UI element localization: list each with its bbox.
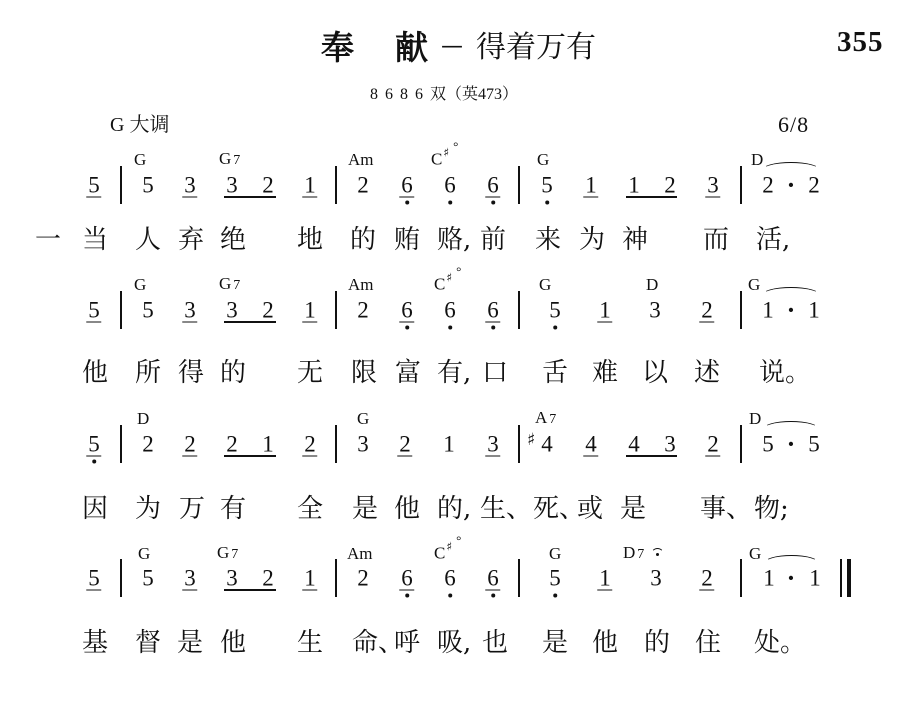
lyric-syllable: 以 bbox=[642, 359, 668, 387]
chord-root: C bbox=[434, 275, 445, 294]
barline bbox=[518, 559, 520, 597]
final-barline-thick bbox=[847, 559, 851, 597]
note: 2 bbox=[707, 433, 719, 456]
barline bbox=[518, 291, 520, 329]
chord-extension: 7 bbox=[233, 153, 240, 168]
lyric-syllable: 富 bbox=[395, 359, 421, 387]
sharp-icon: ♯ bbox=[446, 271, 452, 285]
hymn-title: 奉 献 bbox=[321, 30, 432, 66]
lyric-syllable: 呼 bbox=[394, 629, 420, 657]
chord-root: G bbox=[539, 275, 551, 294]
barline bbox=[335, 291, 337, 329]
chord-root: G bbox=[217, 543, 229, 562]
sharp-icon: ♯ bbox=[446, 540, 452, 554]
lyric-syllable: 舌 bbox=[542, 359, 568, 387]
note: 3 bbox=[649, 299, 661, 322]
chord-symbol: G7 bbox=[219, 275, 240, 295]
chord-symbol: G bbox=[134, 151, 146, 169]
lyric-syllable: 他 bbox=[592, 629, 618, 657]
chord-symbol: D bbox=[751, 151, 763, 169]
note: 1 bbox=[808, 299, 820, 322]
note: 4 bbox=[585, 433, 597, 456]
lyric-syllable: 生 bbox=[297, 629, 323, 657]
note: 1 bbox=[762, 299, 774, 322]
chord-symbol: A7 bbox=[535, 409, 556, 429]
lyric-syllable: 而 bbox=[703, 226, 729, 254]
lyric-syllable: 的, bbox=[437, 495, 471, 523]
chord-root: G bbox=[134, 275, 146, 294]
time-signature: 6/8 bbox=[778, 113, 809, 137]
chord-root: C bbox=[434, 544, 445, 563]
note: 3 bbox=[226, 567, 238, 590]
lyric-syllable: 人 bbox=[135, 226, 161, 254]
note: 6 bbox=[444, 567, 456, 590]
lyric-syllable: 的 bbox=[644, 629, 670, 657]
note: 6 bbox=[401, 567, 413, 590]
barline bbox=[120, 291, 122, 329]
lyric-syllable: 处。 bbox=[754, 629, 806, 657]
chord-root: C bbox=[431, 150, 442, 169]
note: 1 bbox=[763, 567, 775, 590]
note: 2 bbox=[357, 299, 369, 322]
diminished-icon: ° bbox=[453, 139, 458, 154]
chord-symbol: G bbox=[749, 545, 761, 563]
augmentation-dot: · bbox=[787, 174, 796, 197]
lyric-syllable: 弃 bbox=[178, 226, 204, 254]
chord-root: G bbox=[219, 149, 231, 168]
lyric-syllable: 限 bbox=[351, 359, 377, 387]
barline bbox=[335, 559, 337, 597]
chord-root: D bbox=[623, 543, 635, 562]
note: 2 bbox=[357, 567, 369, 590]
beam bbox=[224, 455, 276, 457]
chord-symbol: G bbox=[138, 545, 150, 563]
chord-symbol: Am bbox=[348, 276, 374, 294]
note: 6 bbox=[487, 299, 499, 322]
note: 1 bbox=[599, 567, 611, 590]
lyric-syllable: 有, bbox=[437, 359, 471, 387]
chord-symbol: G bbox=[748, 276, 760, 294]
lyric-syllable: 贿 bbox=[394, 226, 420, 254]
lyric-syllable: 生、 bbox=[480, 495, 532, 523]
fermata-icon bbox=[651, 548, 664, 561]
verse-number: 一 bbox=[35, 226, 61, 254]
note: 1 bbox=[304, 567, 316, 590]
lyric-syllable: 无 bbox=[297, 359, 323, 387]
hymn-page: 奉 献 — 得着万有 355 8 6 8 6 双（英473） G 大调 6/8 … bbox=[0, 0, 913, 703]
note: 1 bbox=[304, 299, 316, 322]
chord-symbol: C♯° bbox=[431, 151, 458, 170]
lyric-syllable: 督 bbox=[135, 629, 161, 657]
chord-root: G bbox=[219, 274, 231, 293]
barline bbox=[120, 425, 122, 463]
note: 2 bbox=[664, 174, 676, 197]
note: 3 bbox=[650, 567, 662, 590]
chord-root: Am bbox=[348, 150, 374, 169]
note: 5 bbox=[808, 433, 820, 456]
chord-symbol: D bbox=[646, 276, 658, 294]
note: 3 bbox=[226, 299, 238, 322]
chord-root: G bbox=[134, 150, 146, 169]
note: 3 bbox=[226, 174, 238, 197]
lyric-syllable: 他 bbox=[220, 629, 246, 657]
chord-root: G bbox=[138, 544, 150, 563]
chord-symbol: G bbox=[357, 410, 369, 428]
chord-root: G bbox=[549, 544, 561, 563]
lyric-syllable: 有 bbox=[220, 495, 246, 523]
barline bbox=[740, 166, 742, 204]
note: 5 bbox=[142, 174, 154, 197]
lyric-syllable: 因 bbox=[82, 495, 108, 523]
lyric-syllable: 赂, bbox=[437, 226, 471, 254]
note: 5 bbox=[549, 299, 561, 322]
lyric-syllable: 也 bbox=[482, 629, 508, 657]
note: 3 bbox=[664, 433, 676, 456]
chord-symbol: D bbox=[137, 410, 149, 428]
note: 5 bbox=[88, 174, 100, 197]
note: 1 bbox=[599, 299, 611, 322]
note: 6 bbox=[487, 174, 499, 197]
lyric-syllable: 活, bbox=[756, 226, 790, 254]
note: 5 bbox=[541, 174, 553, 197]
chord-root: D bbox=[646, 275, 658, 294]
chord-extension: 7 bbox=[231, 547, 238, 562]
chord-symbol: G bbox=[549, 545, 561, 563]
note: 4 bbox=[541, 433, 553, 456]
lyric-syllable: 物; bbox=[754, 495, 789, 523]
beam bbox=[224, 196, 276, 198]
lyric-syllable: 全 bbox=[297, 495, 323, 523]
chord-symbol: C♯° bbox=[434, 545, 461, 564]
barline bbox=[335, 425, 337, 463]
hymn-subtitle: 得着万有 bbox=[476, 31, 596, 65]
chord-root: G bbox=[537, 150, 549, 169]
lyric-syllable: 基 bbox=[82, 629, 108, 657]
note: 3 bbox=[184, 174, 196, 197]
note: 2 bbox=[357, 174, 369, 197]
chord-extension: 7 bbox=[549, 412, 556, 427]
chord-symbol: Am bbox=[348, 151, 374, 169]
lyric-syllable: 是 bbox=[542, 629, 568, 657]
sharp-icon: ♯ bbox=[443, 146, 449, 160]
beam bbox=[626, 196, 677, 198]
lyric-syllable: 他 bbox=[394, 495, 420, 523]
note: 3 bbox=[487, 433, 499, 456]
chord-root: D bbox=[137, 409, 149, 428]
note: 2 bbox=[262, 299, 274, 322]
chord-symbol: Am bbox=[347, 545, 373, 563]
note: 5 bbox=[142, 567, 154, 590]
lyric-syllable: 神 bbox=[622, 226, 648, 254]
note: 6 bbox=[401, 299, 413, 322]
diminished-icon: ° bbox=[456, 264, 461, 279]
lyric-syllable: 所 bbox=[135, 359, 161, 387]
note: 4 bbox=[628, 433, 640, 456]
lyric-syllable: 为 bbox=[135, 495, 161, 523]
note: 2 bbox=[399, 433, 411, 456]
note: 5 bbox=[762, 433, 774, 456]
lyric-syllable: 为 bbox=[579, 226, 605, 254]
lyric-syllable: 或 bbox=[577, 495, 603, 523]
chord-symbol: D bbox=[749, 410, 761, 428]
lyric-syllable: 述 bbox=[694, 359, 720, 387]
lyric-syllable: 地 bbox=[297, 226, 323, 254]
chord-root: G bbox=[748, 275, 760, 294]
augmentation-dot: · bbox=[787, 299, 796, 322]
note: 2 bbox=[808, 174, 820, 197]
augmentation-dot: · bbox=[787, 433, 796, 456]
note: 5 bbox=[88, 567, 100, 590]
chord-symbol: G7 bbox=[217, 544, 238, 564]
lyric-syllable: 的 bbox=[350, 226, 376, 254]
chord-root: G bbox=[749, 544, 761, 563]
lyric-syllable: 当 bbox=[82, 226, 108, 254]
key-signature: G 大调 bbox=[110, 114, 169, 136]
note: 2 bbox=[701, 567, 713, 590]
note: 1 bbox=[628, 174, 640, 197]
beam bbox=[224, 321, 276, 323]
note: 3 bbox=[707, 174, 719, 197]
augmentation-dot: · bbox=[787, 567, 796, 590]
chord-symbol: G bbox=[539, 276, 551, 294]
barline bbox=[740, 559, 742, 597]
final-barline-thin bbox=[840, 559, 842, 597]
chord-symbol: G bbox=[537, 151, 549, 169]
note: 2 bbox=[304, 433, 316, 456]
chord-root: D bbox=[751, 150, 763, 169]
barline bbox=[120, 166, 122, 204]
note: 1 bbox=[585, 174, 597, 197]
lyric-syllable: 是 bbox=[352, 495, 378, 523]
note: 6 bbox=[444, 299, 456, 322]
lyric-syllable: 得 bbox=[178, 359, 204, 387]
note: 5 bbox=[88, 433, 100, 456]
note: 1 bbox=[443, 433, 455, 456]
chord-root: Am bbox=[348, 275, 374, 294]
lyric-syllable: 事、 bbox=[700, 495, 752, 523]
lyric-syllable: 难 bbox=[592, 359, 618, 387]
beam bbox=[626, 455, 677, 457]
lyric-syllable: 是 bbox=[177, 629, 203, 657]
barline bbox=[120, 559, 122, 597]
note: 2 bbox=[262, 567, 274, 590]
hymn-number: 355 bbox=[837, 27, 884, 57]
note: 5 bbox=[88, 299, 100, 322]
lyric-syllable: 前 bbox=[480, 226, 506, 254]
lyric-syllable: 来 bbox=[535, 226, 561, 254]
note: 2 bbox=[142, 433, 154, 456]
chord-symbol: G7 bbox=[219, 150, 240, 170]
chord-root: A bbox=[535, 408, 547, 427]
barline bbox=[518, 425, 520, 463]
note: 2 bbox=[184, 433, 196, 456]
lyric-syllable: 吸, bbox=[437, 629, 471, 657]
meter-info: 8 6 8 6 双（英473） bbox=[370, 86, 518, 104]
lyric-syllable: 说。 bbox=[759, 359, 811, 387]
note: 6 bbox=[444, 174, 456, 197]
lyric-syllable: 口 bbox=[482, 359, 508, 387]
chord-root: G bbox=[357, 409, 369, 428]
note: 1 bbox=[262, 433, 274, 456]
note: 2 bbox=[701, 299, 713, 322]
note: 3 bbox=[357, 433, 369, 456]
note: 1 bbox=[809, 567, 821, 590]
chord-extension: 7 bbox=[637, 547, 644, 562]
note: 5 bbox=[549, 567, 561, 590]
note: 2 bbox=[262, 174, 274, 197]
barline bbox=[518, 166, 520, 204]
barline bbox=[335, 166, 337, 204]
lyric-syllable: 是 bbox=[620, 495, 646, 523]
lyric-syllable: 他 bbox=[82, 359, 108, 387]
sharp-icon: ♯ bbox=[527, 431, 535, 449]
lyric-syllable: 住 bbox=[695, 629, 721, 657]
note: 1 bbox=[304, 174, 316, 197]
barline bbox=[740, 425, 742, 463]
note: 2 bbox=[762, 174, 774, 197]
lyric-syllable: 的 bbox=[220, 359, 246, 387]
note: 3 bbox=[184, 567, 196, 590]
lyric-syllable: 万 bbox=[179, 495, 205, 523]
chord-symbol: D7 bbox=[623, 544, 644, 564]
note: 6 bbox=[401, 174, 413, 197]
chord-root: D bbox=[749, 409, 761, 428]
chord-extension: 7 bbox=[233, 278, 240, 293]
note: 3 bbox=[184, 299, 196, 322]
beam bbox=[224, 589, 276, 591]
chord-root: Am bbox=[347, 544, 373, 563]
note: 2 bbox=[226, 433, 238, 456]
title-separator: — bbox=[441, 35, 463, 59]
diminished-icon: ° bbox=[456, 533, 461, 548]
chord-symbol: G bbox=[134, 276, 146, 294]
chord-symbol: C♯° bbox=[434, 276, 461, 295]
note: 5 bbox=[142, 299, 154, 322]
lyric-syllable: 绝 bbox=[220, 226, 246, 254]
barline bbox=[740, 291, 742, 329]
note: 6 bbox=[487, 567, 499, 590]
